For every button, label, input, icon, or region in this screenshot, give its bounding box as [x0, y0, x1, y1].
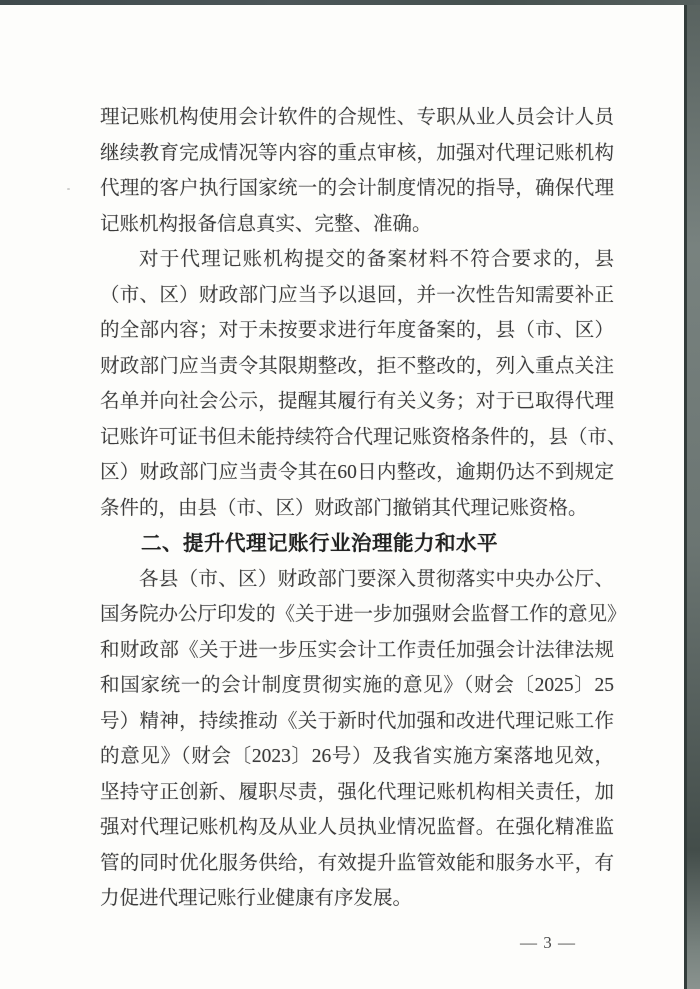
text-line: 区）财政部门应当责令其在60日内整改，逾期仍达不到规定 — [100, 455, 614, 491]
text-line: 各县（市、区）财政部门要深入贯彻落实中央办公厅、 — [100, 562, 614, 598]
text-line: 代理的客户执行国家统一的会计制度情况的指导，确保代理 — [100, 171, 614, 207]
text-line: （市、区）财政部门应当予以退回，并一次性告知需要补正 — [100, 278, 614, 314]
text-line: 对于代理记账机构提交的备案材料不符合要求的，县 — [100, 242, 614, 278]
scanner-edge-right — [684, 0, 700, 989]
text-line: 名单并向社会公示，提醒其履行有关义务；对于已取得代理 — [100, 384, 614, 420]
page-number: — 3 — — [508, 933, 588, 953]
text-line: 力促进代理记账行业健康有序发展。 — [100, 881, 614, 917]
scanner-edge-top — [0, 0, 700, 5]
text-line: 条件的，由县（市、区）财政部门撤销其代理记账资格。 — [100, 491, 614, 527]
text-line: 财政部门应当责令其限期整改，拒不整改的，列入重点关注 — [100, 349, 614, 385]
text-line: 记账许可证书但未能持续符合代理记账资格条件的，县（市、 — [100, 420, 614, 456]
text-line: 国务院办公厅印发的《关于进一步加强财会监督工作的意见》 — [100, 597, 614, 633]
text-line: 坚持守正创新、履职尽责，强化代理记账机构相关责任，加 — [100, 775, 614, 811]
text-line: 理记账机构使用会计软件的合规性、专职从业人员会计人员 — [100, 100, 614, 136]
text-line: 记账机构报备信息真实、完整、准确。 — [100, 207, 614, 243]
document-body: 理记账机构使用会计软件的合规性、专职从业人员会计人员 继续教育完成情况等内容的重… — [100, 100, 614, 917]
text-line: 号）精神，持续推动《关于新时代加强和改进代理记账工作 — [100, 704, 614, 740]
section-heading: 二、提升代理记账行业治理能力和水平 — [100, 526, 614, 562]
text-line: 的意见》（财会〔2023〕26号）及我省实施方案落地见效， — [100, 739, 614, 775]
scan-speck — [529, 114, 531, 116]
scan-speck — [67, 188, 70, 190]
text-line: 继续教育完成情况等内容的重点审核，加强对代理记账机构 — [100, 136, 614, 172]
text-line: 和财政部《关于进一步压实会计工作责任加强会计法律法规 — [100, 633, 614, 669]
document-page: 理记账机构使用会计软件的合规性、专职从业人员会计人员 继续教育完成情况等内容的重… — [0, 0, 700, 989]
text-line: 管的同时优化服务供给，有效提升监管效能和服务水平，有 — [100, 846, 614, 882]
text-line: 的全部内容；对于未按要求进行年度备案的，县（市、区） — [100, 313, 614, 349]
text-line: 强对代理记账机构及从业人员执业情况监督。在强化精准监 — [100, 810, 614, 846]
text-line: 和国家统一的会计制度贯彻实施的意见》（财会〔2025〕25 — [100, 668, 614, 704]
scan-speck — [595, 438, 598, 440]
